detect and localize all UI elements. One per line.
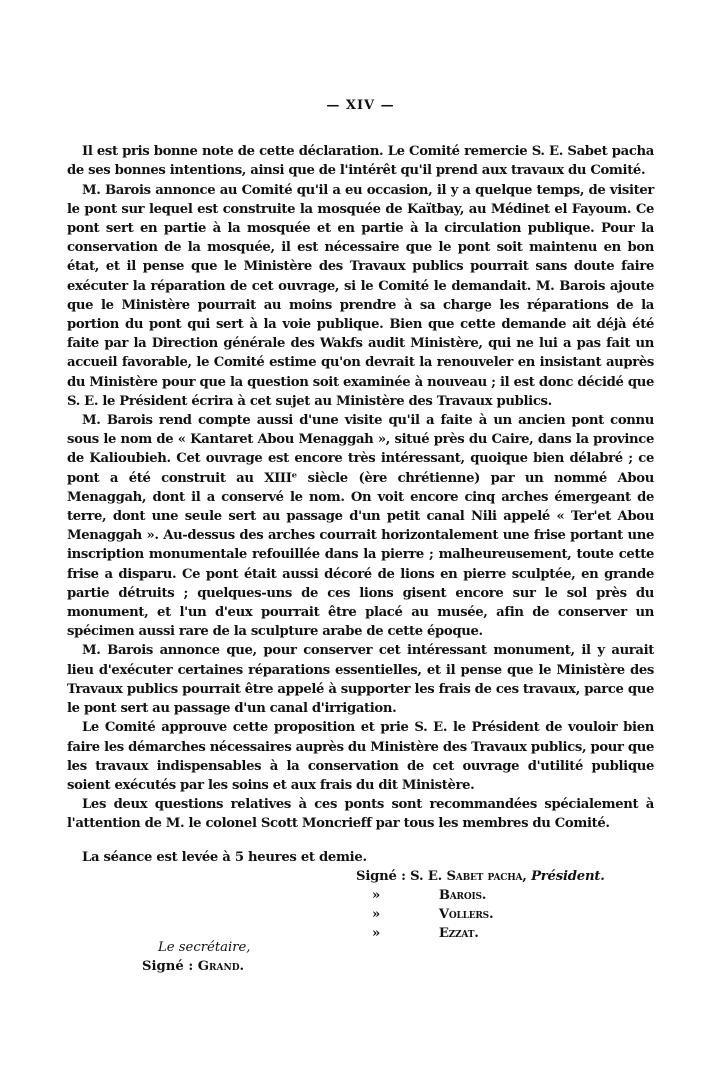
closing-statement: La séance est levée à 5 heures et demie. (67, 848, 654, 867)
secretary-title: Le secrétaire, (142, 938, 251, 957)
paragraph: Les deux questions relatives à ces ponts… (67, 795, 654, 833)
signed-label: Signé : S. E. (356, 867, 442, 886)
paragraph: Il est pris bonne note de cette déclarat… (67, 142, 654, 180)
member-name: Vollers. (439, 907, 494, 922)
signed-label: Signé : (142, 959, 193, 974)
page-number: — XIV — (67, 96, 654, 115)
member-name: Ezzat. (439, 926, 479, 941)
signature-member: » Vollers. (356, 905, 605, 924)
ditto-mark: » (356, 886, 396, 905)
document-page: — XIV — Il est pris bonne note de cette … (67, 96, 654, 1017)
ditto-mark: » (356, 905, 396, 924)
signatures-section: Signé : S. E. Sabet pacha, Président. » … (67, 867, 654, 1017)
secretary-signed-line: Signé : Grand. (142, 957, 251, 976)
president-title: Président. (531, 869, 605, 884)
signature-member: » Ezzat. (356, 924, 605, 943)
secretary-signature: Le secrétaire, Signé : Grand. (142, 938, 251, 976)
president-name: Sabet pacha (446, 869, 522, 884)
member-name: Barois. (439, 888, 486, 903)
committee-signatures: Signé : S. E. Sabet pacha, Président. » … (356, 867, 605, 943)
signature-president: Signé : S. E. Sabet pacha, Président. (356, 867, 605, 886)
paragraph: M. Barois rend compte aussi d'une visite… (67, 411, 654, 641)
signature-member: » Barois. (356, 886, 605, 905)
secretary-name: Grand. (198, 959, 244, 974)
paragraph: M. Barois annonce au Comité qu'il a eu o… (67, 181, 654, 411)
paragraph: M. Barois annonce que, pour conserver ce… (67, 641, 654, 718)
paragraph: Le Comité approuve cette proposition et … (67, 718, 654, 795)
ditto-mark: » (356, 924, 396, 943)
